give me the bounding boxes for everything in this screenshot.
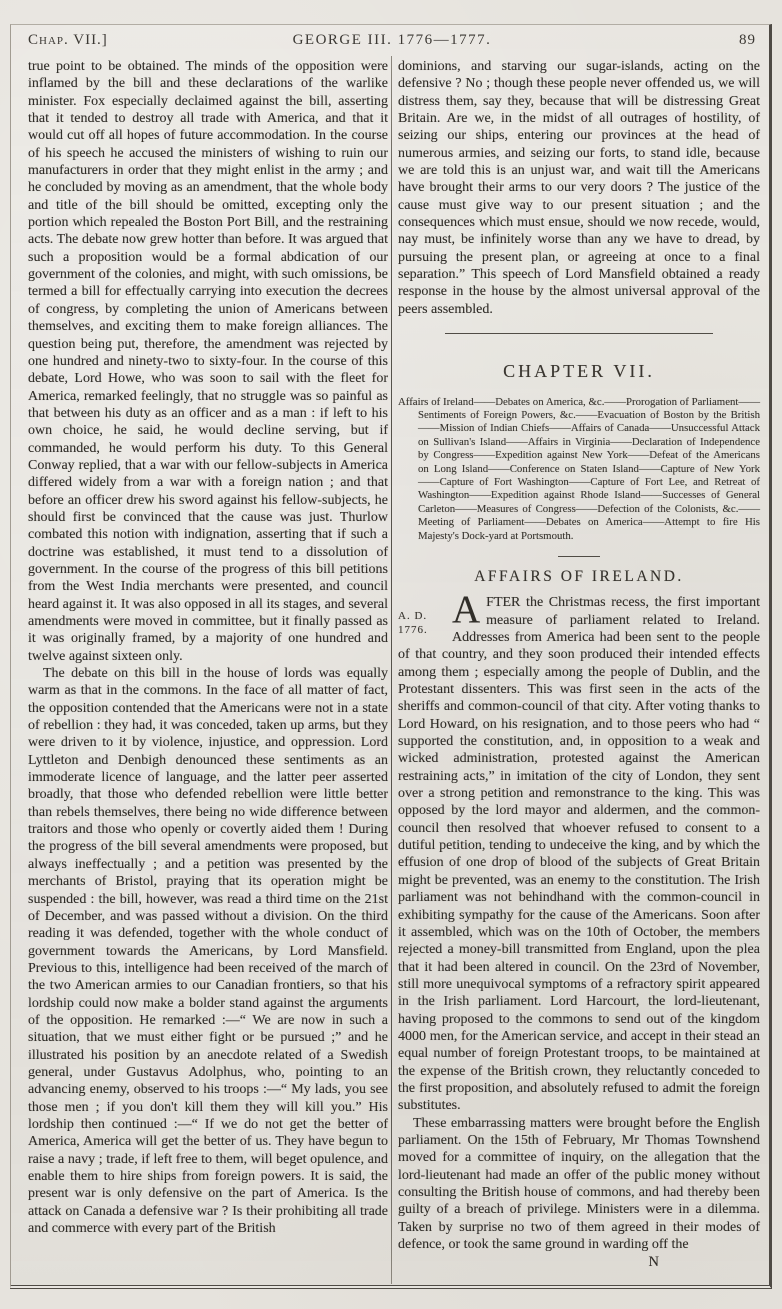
- body-paragraph: dominions, and starving our sugar-island…: [398, 58, 760, 318]
- body-paragraph: A. D.1776.AFTER the Christmas recess, th…: [398, 594, 760, 1114]
- body-paragraph: These embarrassing matters were brought …: [398, 1115, 760, 1254]
- section-heading: AFFAIRS OF IRELAND.: [398, 568, 760, 585]
- section-separator-rule: [445, 333, 713, 334]
- column-divider-rule: [391, 56, 392, 1284]
- margin-note-line: 1776.: [398, 624, 428, 636]
- chapter-heading: CHAPTER VII.: [398, 363, 760, 380]
- drop-cap-letter: A: [452, 595, 480, 627]
- margin-note-line: A. D.: [398, 610, 427, 622]
- page-header: Chap. VII.] GEORGE III. 1776—1777. 89: [28, 32, 756, 49]
- header-running-title: GEORGE III. 1776—1777.: [28, 32, 756, 49]
- left-column: true point to be obtained. The minds of …: [28, 58, 388, 1237]
- paragraph-text: FTER the Christmas recess, the first imp…: [398, 595, 760, 1113]
- body-paragraph: true point to be obtained. The minds of …: [28, 58, 388, 665]
- book-page-scan: Chap. VII.] GEORGE III. 1776—1777. 89 tr…: [0, 0, 782, 1309]
- chapter-summary: Affairs of Ireland——Debates on America, …: [398, 396, 760, 543]
- right-column: dominions, and starving our sugar-island…: [398, 58, 760, 1272]
- signature-mark: N: [398, 1254, 760, 1271]
- body-paragraph: The debate on this bill in the house of …: [28, 665, 388, 1237]
- anno-domini-margin-note: A. D.1776.: [398, 594, 452, 646]
- summary-separator-rule: [558, 556, 600, 557]
